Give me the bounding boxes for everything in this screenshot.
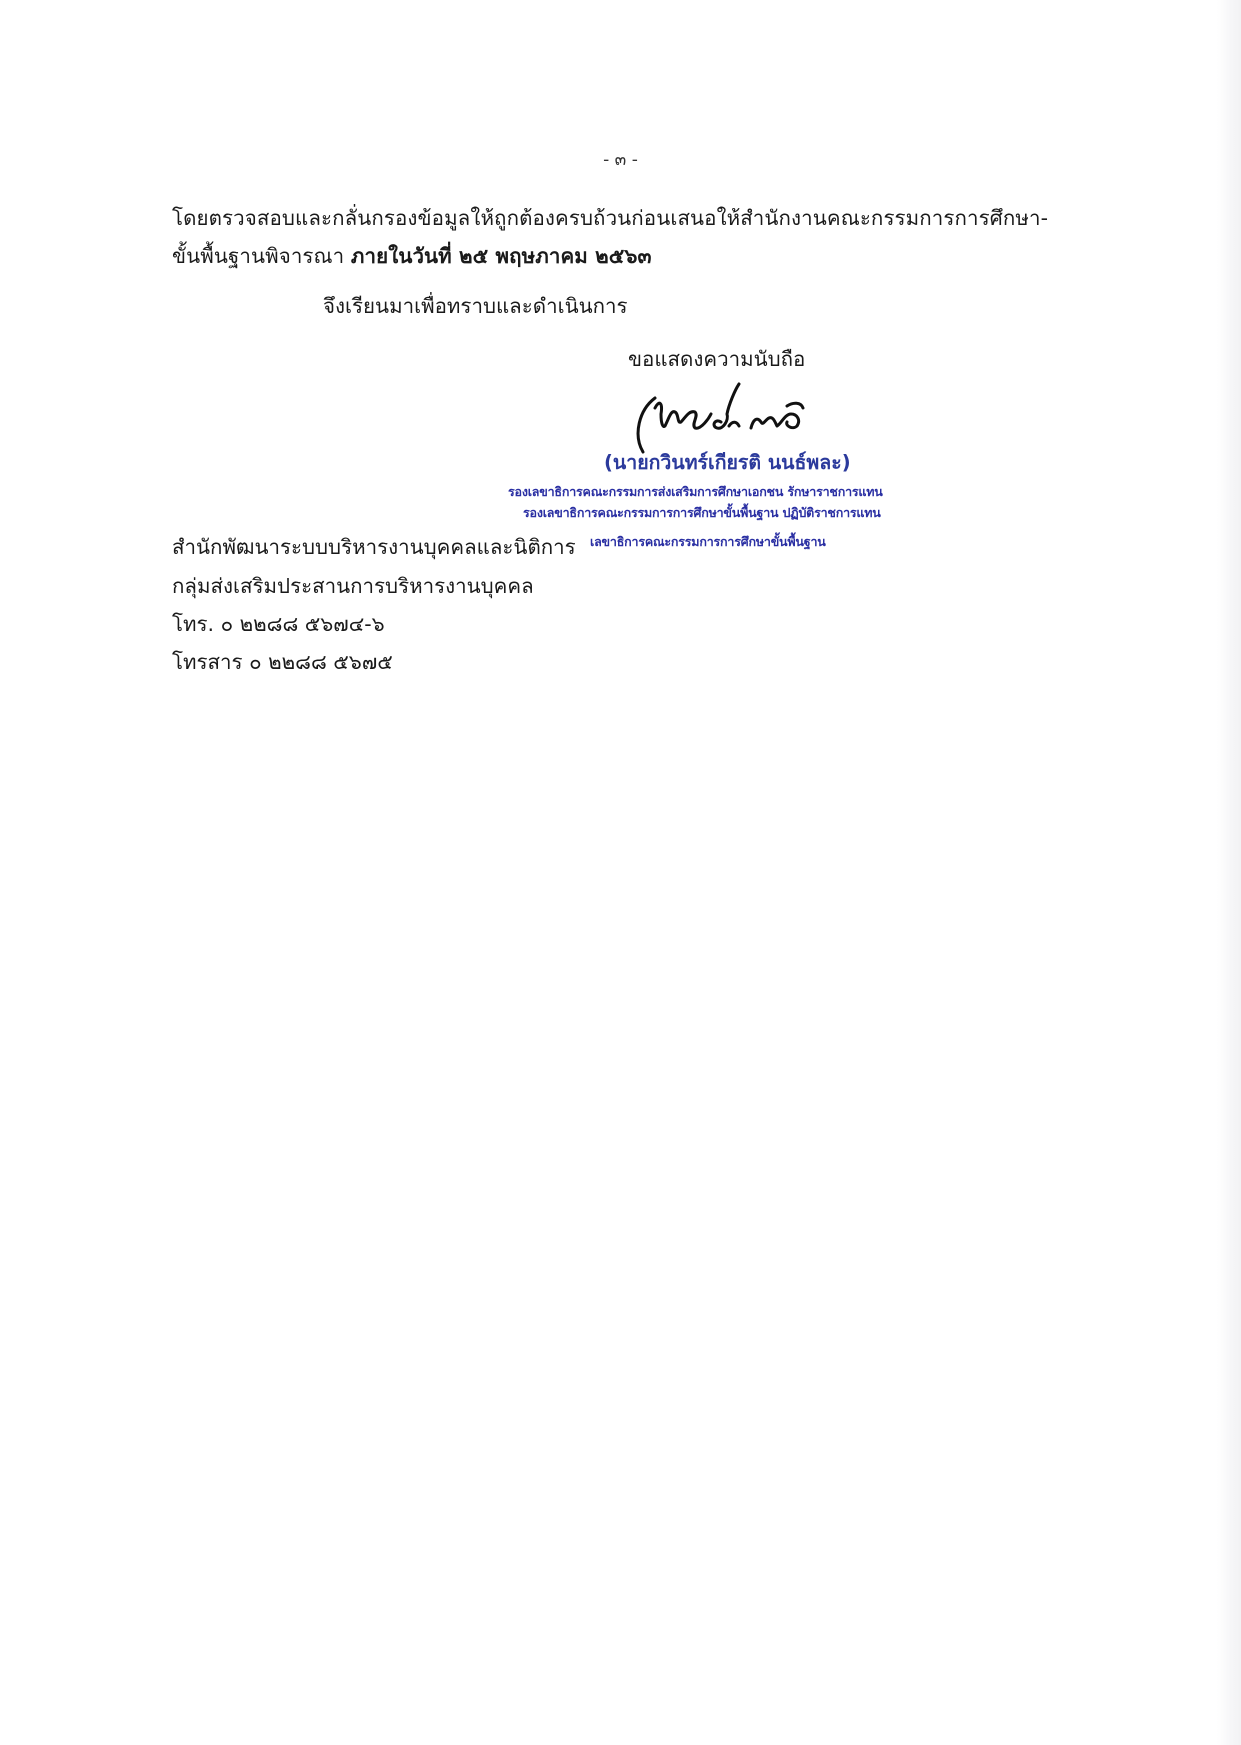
scan-edge-shadow [1217,0,1241,1745]
deadline-text: ภายในวันที่ ๒๕ พฤษภาคม ๒๕๖๓ [351,244,652,268]
body-paragraph-line-2: ขั้นพื้นฐานพิจารณา ภายในวันที่ ๒๕ พฤษภาค… [172,237,1132,275]
body-paragraph-line-1: โดยตรวจสอบและกลั่นกรองข้อมูลให้ถูกต้องคร… [172,199,1132,237]
page-number: - ๓ - [0,146,1241,173]
body-paragraph-line-2-text: ขั้นพื้นฐานพิจารณา [172,244,351,268]
footer-group: กลุ่มส่งเสริมประสานการบริหารงานบุคคล [172,570,534,603]
signer-title-line-3: เลขาธิการคณะกรรมการการศึกษาขั้นพื้นฐาน [590,532,826,552]
footer-phone: โทร. ๐ ๒๒๘๘ ๕๖๗๔-๖ [172,608,385,641]
signer-title-line-1: รองเลขาธิการคณะกรรมการส่งเสริมการศึกษาเอ… [508,482,883,502]
footer-fax: โทรสาร ๐ ๒๒๘๘ ๕๖๗๕ [172,646,393,679]
closing-line: จึงเรียนมาเพื่อทราบและดำเนินการ [323,290,628,323]
signer-title-line-2: รองเลขาธิการคณะกรรมการการศึกษาขั้นพื้นฐา… [523,503,881,523]
regards-text: ขอแสดงความนับถือ [628,343,805,376]
footer-office: สำนักพัฒนาระบบบริหารงานบุคคลและนิติการ [172,531,576,564]
signer-name: (นายกวินทร์เกียรติ นนธ์พละ) [604,447,851,478]
